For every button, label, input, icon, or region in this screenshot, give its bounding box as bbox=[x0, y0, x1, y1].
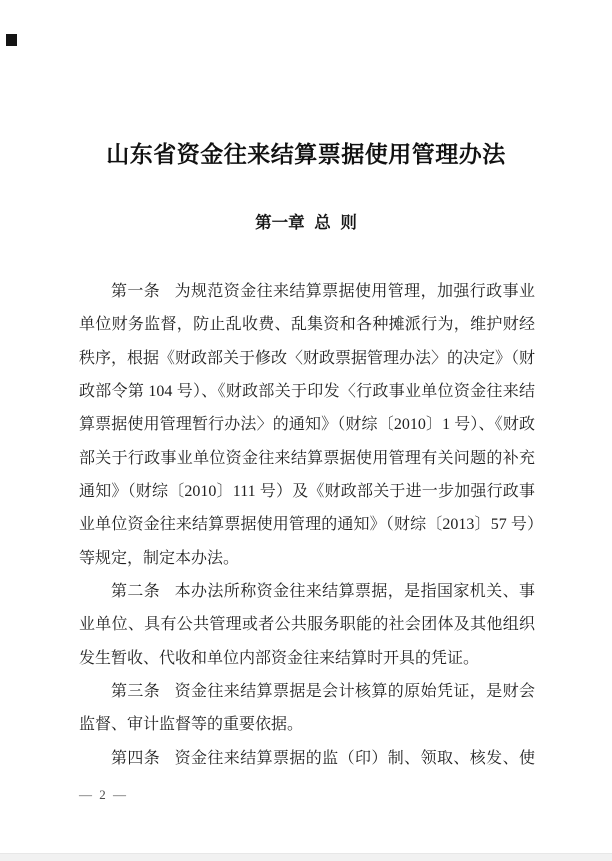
chapter-heading: 第一章 总 则 bbox=[0, 214, 612, 233]
article-paragraph: 第一条为规范资金往来结算票据使用管理，加强行政事业单位财务监督，防止乱收费、乱集… bbox=[79, 275, 535, 575]
document-body: 第一条为规范资金往来结算票据使用管理，加强行政事业单位财务监督，防止乱收费、乱集… bbox=[79, 275, 535, 775]
article-label: 第三条 bbox=[111, 683, 160, 700]
article-paragraph: 第三条资金往来结算票据是会计核算的原始凭证，是财会监督、审计监督等的重要依据。 bbox=[79, 675, 535, 742]
document-title: 山东省资金往来结算票据使用管理办法 bbox=[0, 141, 612, 168]
article-paragraph: 第四条资金往来结算票据的监（印）制、领取、核发、使 bbox=[79, 742, 535, 775]
article-label: 第一条 bbox=[111, 283, 160, 300]
page-number: — 2 — bbox=[79, 787, 128, 803]
article-label: 第二条 bbox=[111, 583, 160, 600]
article-paragraph: 第二条本办法所称资金往来结算票据，是指国家机关、事业单位、具有公共管理或者公共服… bbox=[79, 575, 535, 675]
scan-artifact-mark bbox=[6, 34, 17, 46]
article-text: 为规范资金往来结算票据使用管理，加强行政事业单位财务监督，防止乱收费、乱集资和各… bbox=[79, 283, 535, 567]
document-page: 山东省资金往来结算票据使用管理办法 第一章 总 则 第一条为规范资金往来结算票据… bbox=[0, 0, 612, 861]
article-label: 第四条 bbox=[111, 750, 160, 767]
article-text: 资金往来结算票据的监（印）制、领取、核发、使 bbox=[175, 750, 535, 767]
page-bottom-edge bbox=[0, 853, 612, 861]
